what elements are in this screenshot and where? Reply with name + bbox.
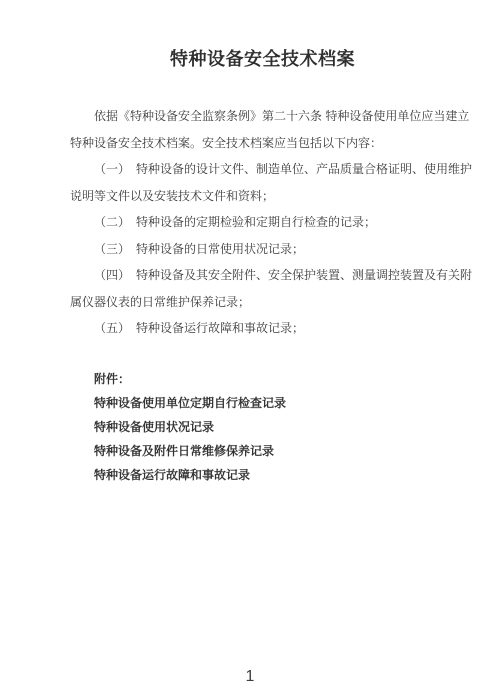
intro-paragraph: 依据《特种设备安全监察条例》第二十六条 特种设备使用单位应当建立特种设备安全技术… bbox=[70, 103, 473, 156]
list-item-2: （二） 特种设备的定期检验和定期自行检查的记录； bbox=[70, 209, 473, 236]
page-number: 1 bbox=[0, 667, 500, 687]
list-item-5: （五） 特种设备运行故障和事故记录； bbox=[70, 315, 473, 342]
attachment-item-2: 特种设备使用状况记录 bbox=[94, 415, 473, 439]
document-title: 特种设备安全技术档案 bbox=[70, 46, 455, 72]
attachment-item-4: 特种设备运行故障和事故记录 bbox=[94, 463, 473, 487]
attachment-item-3: 特种设备及附件日常维修保养记录 bbox=[94, 439, 473, 463]
attachment-item-1: 特种设备使用单位定期自行检查记录 bbox=[94, 391, 473, 415]
list-item-3: （三） 特种设备的日常使用状况记录； bbox=[70, 236, 473, 263]
attachments-section: 附件： 特种设备使用单位定期自行检查记录 特种设备使用状况记录 特种设备及附件日… bbox=[70, 367, 473, 487]
list-item-1: （一） 特种设备的设计文件、制造单位、产品质量合格证明、使用维护说明等文件以及安… bbox=[70, 156, 473, 209]
list-item-4: （四） 特种设备及其安全附件、安全保护装置、测量调控装置及有关附属仪器仪表的日常… bbox=[70, 262, 473, 315]
attachments-label: 附件： bbox=[94, 367, 473, 391]
document-body: 依据《特种设备安全监察条例》第二十六条 特种设备使用单位应当建立特种设备安全技术… bbox=[70, 103, 473, 342]
document-page: 特种设备安全技术档案 依据《特种设备安全监察条例》第二十六条 特种设备使用单位应… bbox=[0, 0, 500, 698]
